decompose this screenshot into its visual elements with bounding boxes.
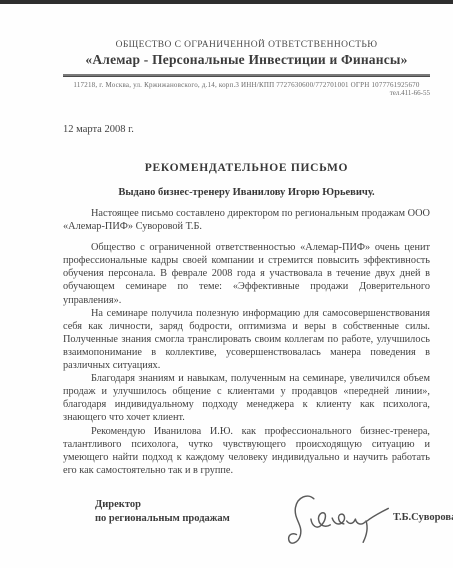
letter-title: РЕКОМЕНДАТЕЛЬНОЕ ПИСЬМО (63, 162, 430, 174)
paragraph-seminar: На семинаре получила полезную информацию… (63, 307, 430, 372)
scanned-letter-page: ОБЩЕСТВО С ОГРАНИЧЕННОЙ ОТВЕТСТВЕННОСТЬЮ… (0, 0, 453, 568)
organization-type: ОБЩЕСТВО С ОГРАНИЧЕННОЙ ОТВЕТСТВЕННОСТЬЮ (63, 40, 430, 50)
signer-name: Т.Б.Суворова (393, 512, 453, 523)
signature-block: Директор по региональным продажам Т.Б.Су… (63, 498, 430, 550)
signer-position-line2: по региональным продажам (95, 512, 255, 526)
address-requisites: 117218, г. Москва, ул. Кржижановского, д… (63, 81, 430, 89)
phone-number: тел.411-66-55 (63, 89, 430, 97)
paragraph-intro: Настоящее письмо составлено директором п… (63, 207, 430, 233)
letter-date: 12 марта 2008 г. (63, 124, 430, 135)
letter-body: Настоящее письмо составлено директором п… (63, 207, 430, 477)
handwritten-signature-icon (283, 492, 393, 550)
signer-position-line1: Директор (95, 498, 255, 512)
letter-content: ОБЩЕСТВО С ОГРАНИЧЕННОЙ ОТВЕТСТВЕННОСТЬЮ… (63, 4, 430, 550)
paragraph-recommendation: Рекомендую Иванилова И.Ю. как профессион… (63, 425, 430, 477)
organization-name: «Алемар - Персональные Инвестиции и Фина… (63, 52, 430, 68)
header-divider (63, 74, 430, 77)
signer-position: Директор по региональным продажам (95, 498, 255, 526)
letter-subtitle: Выдано бизнес-тренеру Иванилову Игорю Юр… (63, 187, 430, 198)
paragraph-company: Общество с ограниченной ответственностью… (63, 241, 430, 306)
paragraph-results: Благодаря знаниям и навыкам, полученным … (63, 372, 430, 424)
